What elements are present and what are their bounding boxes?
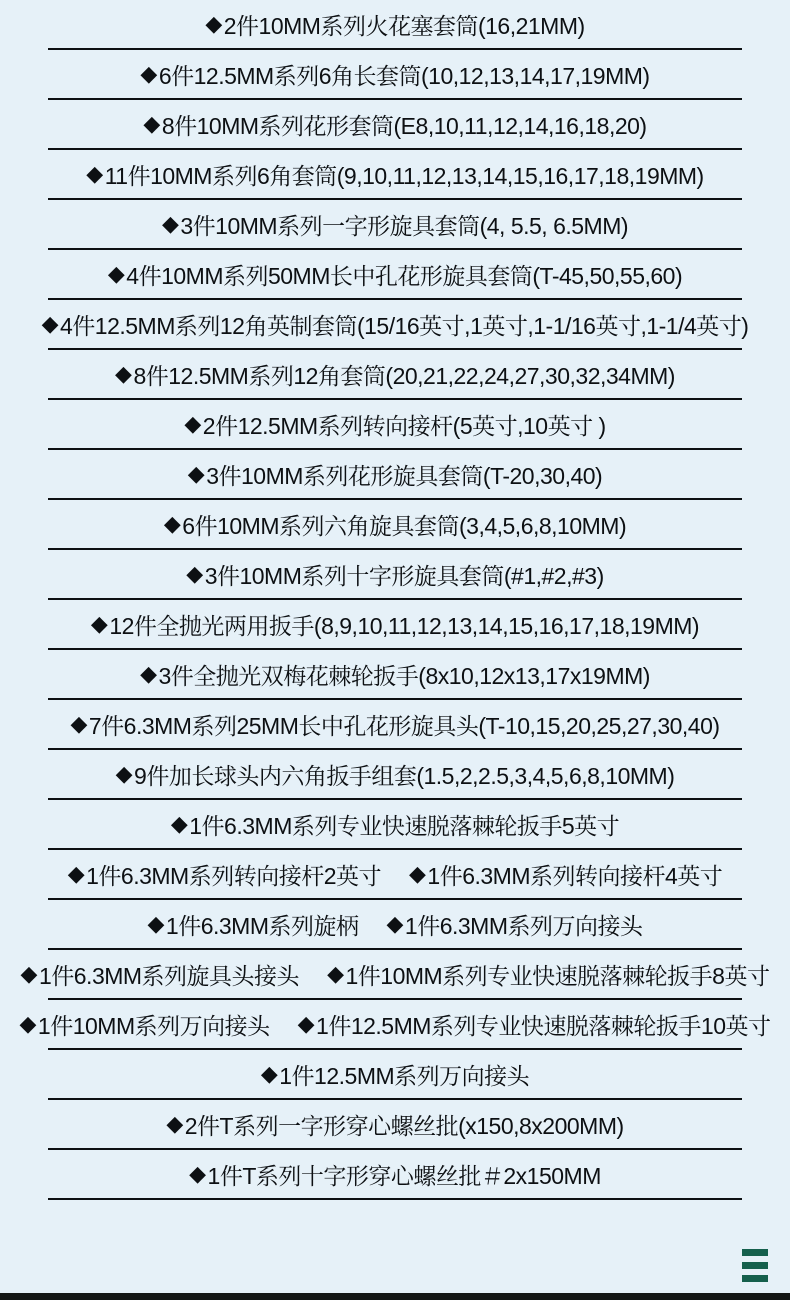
list-row: ◆3件10MM系列十字形旋具套筒(#1,#2,#3) — [48, 550, 742, 600]
list-row: ◆1件6.3MM系列旋具头接头◆1件10MM系列专业快速脱落棘轮扳手8英寸 — [48, 950, 742, 1000]
list-item-text: 3件10MM系列十字形旋具套筒(#1,#2,#3) — [205, 558, 604, 591]
list-row: ◆2件T系列一字形穿心螺丝批(x150,8x200MM) — [48, 1100, 742, 1150]
list-row: ◆2件10MM系列火花塞套筒(16,21MM) — [48, 0, 742, 50]
list-row: ◆1件T系列十字形穿心螺丝批＃2x150MM — [48, 1150, 742, 1200]
diamond-bullet-icon: ◆ — [140, 663, 156, 685]
list-item: ◆12件全抛光两用扳手(8,9,10,11,12,13,14,15,16,17,… — [91, 608, 699, 641]
diamond-bullet-icon: ◆ — [186, 563, 202, 585]
diamond-bullet-icon: ◆ — [189, 1163, 205, 1185]
list-item-text: 1件6.3MM系列旋柄 — [166, 908, 359, 941]
list-item: ◆1件6.3MM系列旋柄 — [147, 908, 358, 941]
product-detail-page: { "page": { "background_color": "#e6f1f8… — [0, 0, 790, 1300]
list-row: ◆2件12.5MM系列转向接杆(5英寸,10英寸 ) — [48, 400, 742, 450]
list-item-text: 1件6.3MM系列转向接杆2英寸 — [86, 858, 381, 891]
list-row: ◆3件10MM系列花形旋具套筒(T-20,30,40) — [48, 450, 742, 500]
diamond-bullet-icon: ◆ — [21, 963, 37, 985]
list-row: ◆1件10MM系列万向接头◆1件12.5MM系列专业快速脱落棘轮扳手10英寸 — [48, 1000, 742, 1050]
list-item-text: 1件6.3MM系列专业快速脱落棘轮扳手5英寸 — [189, 808, 619, 841]
diamond-bullet-icon: ◆ — [298, 1013, 314, 1035]
list-item-text: 6件10MM系列六角旋具套筒(3,4,5,6,8,10MM) — [182, 508, 626, 541]
menu-bar-bottom — [742, 1275, 768, 1282]
diamond-bullet-icon: ◆ — [171, 813, 187, 835]
diamond-bullet-icon: ◆ — [108, 263, 124, 285]
list-item-text: 7件6.3MM系列25MM长中孔花形旋具头(T-10,15,20,25,27,3… — [89, 708, 720, 741]
list-item-text: 1件6.3MM系列万向接头 — [405, 908, 643, 941]
list-item-text: 1件10MM系列专业快速脱落棘轮扳手8英寸 — [345, 958, 769, 991]
list-item: ◆4件10MM系列50MM长中孔花形旋具套筒(T-45,50,55,60) — [108, 258, 682, 291]
diamond-bullet-icon: ◆ — [147, 913, 163, 935]
list-item-text: 1件T系列十字形穿心螺丝批＃2x150MM — [208, 1158, 601, 1191]
list-item: ◆2件T系列一字形穿心螺丝批(x150,8x200MM) — [166, 1108, 623, 1141]
list-item-text: 8件12.5MM系列12角套筒(20,21,22,24,27,30,32,34M… — [133, 358, 675, 391]
list-row: ◆6件12.5MM系列6角长套筒(10,12,13,14,17,19MM) — [48, 50, 742, 100]
list-item-text: 2件12.5MM系列转向接杆(5英寸,10英寸 ) — [203, 408, 606, 441]
list-item-text: 2件T系列一字形穿心螺丝批(x150,8x200MM) — [185, 1108, 624, 1141]
list-item-text: 1件10MM系列万向接头 — [38, 1008, 270, 1041]
diamond-bullet-icon: ◆ — [42, 313, 58, 335]
list-item: ◆6件12.5MM系列6角长套筒(10,12,13,14,17,19MM) — [140, 58, 649, 91]
diamond-bullet-icon: ◆ — [70, 713, 86, 735]
list-item-text: 12件全抛光两用扳手(8,9,10,11,12,13,14,15,16,17,1… — [109, 608, 699, 641]
menu-bar-middle — [742, 1262, 768, 1269]
list-item: ◆2件12.5MM系列转向接杆(5英寸,10英寸 ) — [184, 408, 605, 441]
list-item-text: 1件12.5MM系列万向接头 — [279, 1058, 529, 1091]
list-item: ◆8件10MM系列花形套筒(E8,10,11,12,14,16,18,20) — [143, 108, 646, 141]
diamond-bullet-icon: ◆ — [91, 613, 107, 635]
diamond-bullet-icon: ◆ — [327, 963, 343, 985]
diamond-bullet-icon: ◆ — [162, 213, 178, 235]
diamond-bullet-icon: ◆ — [140, 63, 156, 85]
diamond-bullet-icon: ◆ — [184, 413, 200, 435]
list-item: ◆1件6.3MM系列转向接杆4英寸 — [409, 858, 722, 891]
list-item: ◆1件10MM系列万向接头 — [20, 1008, 270, 1041]
list-item: ◆1件6.3MM系列万向接头 — [387, 908, 643, 941]
diamond-bullet-icon: ◆ — [86, 163, 102, 185]
list-row: ◆4件10MM系列50MM长中孔花形旋具套筒(T-45,50,55,60) — [48, 250, 742, 300]
list-row: ◆1件6.3MM系列旋柄◆1件6.3MM系列万向接头 — [48, 900, 742, 950]
list-item-text: 3件10MM系列一字形旋具套筒(4, 5.5, 6.5MM) — [180, 208, 628, 241]
diamond-bullet-icon: ◆ — [188, 463, 204, 485]
list-item: ◆3件全抛光双梅花棘轮扳手(8x10,12x13,17x19MM) — [140, 658, 650, 691]
list-row: ◆3件全抛光双梅花棘轮扳手(8x10,12x13,17x19MM) — [48, 650, 742, 700]
list-row: ◆1件6.3MM系列转向接杆2英寸◆1件6.3MM系列转向接杆4英寸 — [48, 850, 742, 900]
list-row: ◆6件10MM系列六角旋具套筒(3,4,5,6,8,10MM) — [48, 500, 742, 550]
list-row: ◆7件6.3MM系列25MM长中孔花形旋具头(T-10,15,20,25,27,… — [48, 700, 742, 750]
list-item-text: 1件6.3MM系列转向接杆4英寸 — [427, 858, 722, 891]
list-item-text: 9件加长球头内六角扳手组套(1.5,2,2.5,3,4,5,6,8,10MM) — [134, 758, 674, 791]
list-row: ◆8件12.5MM系列12角套筒(20,21,22,24,27,30,32,34… — [48, 350, 742, 400]
diamond-bullet-icon: ◆ — [387, 913, 403, 935]
list-item: ◆1件12.5MM系列专业快速脱落棘轮扳手10英寸 — [298, 1008, 771, 1041]
list-item: ◆2件10MM系列火花塞套筒(16,21MM) — [205, 8, 584, 41]
hamburger-menu-icon[interactable] — [742, 1249, 768, 1282]
list-row: ◆3件10MM系列一字形旋具套筒(4, 5.5, 6.5MM) — [48, 200, 742, 250]
list-item: ◆3件10MM系列十字形旋具套筒(#1,#2,#3) — [186, 558, 603, 591]
list-item-text: 11件10MM系列6角套筒(9,10,11,12,13,14,15,16,17,… — [105, 158, 704, 191]
list-item: ◆1件12.5MM系列万向接头 — [261, 1058, 529, 1091]
spec-list: ◆2件10MM系列火花塞套筒(16,21MM)◆6件12.5MM系列6角长套筒(… — [48, 0, 742, 1200]
list-item-text: 3件全抛光双梅花棘轮扳手(8x10,12x13,17x19MM) — [159, 658, 650, 691]
diamond-bullet-icon: ◆ — [166, 1113, 182, 1135]
list-item-text: 6件12.5MM系列6角长套筒(10,12,13,14,17,19MM) — [159, 58, 650, 91]
list-item-text: 8件10MM系列花形套筒(E8,10,11,12,14,16,18,20) — [162, 108, 647, 141]
list-item: ◆1件10MM系列专业快速脱落棘轮扳手8英寸 — [327, 958, 769, 991]
list-item: ◆1件6.3MM系列旋具头接头 — [21, 958, 300, 991]
list-item: ◆4件12.5MM系列12角英制套筒(15/16英寸,1英寸,1-1/16英寸,… — [42, 308, 749, 341]
menu-bar-top — [742, 1249, 768, 1256]
diamond-bullet-icon: ◆ — [20, 1013, 36, 1035]
diamond-bullet-icon: ◆ — [409, 863, 425, 885]
diamond-bullet-icon: ◆ — [115, 363, 131, 385]
list-item: ◆6件10MM系列六角旋具套筒(3,4,5,6,8,10MM) — [164, 508, 626, 541]
list-item: ◆8件12.5MM系列12角套筒(20,21,22,24,27,30,32,34… — [115, 358, 675, 391]
list-item-text: 1件12.5MM系列专业快速脱落棘轮扳手10英寸 — [316, 1008, 770, 1041]
list-row: ◆11件10MM系列6角套筒(9,10,11,12,13,14,15,16,17… — [48, 150, 742, 200]
list-item: ◆7件6.3MM系列25MM长中孔花形旋具头(T-10,15,20,25,27,… — [70, 708, 719, 741]
list-item: ◆1件6.3MM系列专业快速脱落棘轮扳手5英寸 — [171, 808, 619, 841]
list-item: ◆1件T系列十字形穿心螺丝批＃2x150MM — [189, 1158, 601, 1191]
list-row: ◆8件10MM系列花形套筒(E8,10,11,12,14,16,18,20) — [48, 100, 742, 150]
diamond-bullet-icon: ◆ — [116, 763, 132, 785]
list-item: ◆3件10MM系列一字形旋具套筒(4, 5.5, 6.5MM) — [162, 208, 628, 241]
diamond-bullet-icon: ◆ — [68, 863, 84, 885]
diamond-bullet-icon: ◆ — [143, 113, 159, 135]
diamond-bullet-icon: ◆ — [261, 1063, 277, 1085]
list-row: ◆1件12.5MM系列万向接头 — [48, 1050, 742, 1100]
list-item: ◆1件6.3MM系列转向接杆2英寸 — [68, 858, 381, 891]
list-row: ◆1件6.3MM系列专业快速脱落棘轮扳手5英寸 — [48, 800, 742, 850]
list-item-text: 1件6.3MM系列旋具头接头 — [39, 958, 299, 991]
list-item-text: 3件10MM系列花形旋具套筒(T-20,30,40) — [206, 458, 602, 491]
list-item: ◆9件加长球头内六角扳手组套(1.5,2,2.5,3,4,5,6,8,10MM) — [116, 758, 675, 791]
list-item-text: 2件10MM系列火花塞套筒(16,21MM) — [224, 8, 585, 41]
list-item: ◆11件10MM系列6角套筒(9,10,11,12,13,14,15,16,17… — [86, 158, 703, 191]
list-row: ◆12件全抛光两用扳手(8,9,10,11,12,13,14,15,16,17,… — [48, 600, 742, 650]
list-item: ◆3件10MM系列花形旋具套筒(T-20,30,40) — [188, 458, 602, 491]
list-item-text: 4件10MM系列50MM长中孔花形旋具套筒(T-45,50,55,60) — [126, 258, 682, 291]
bottom-bar — [0, 1293, 790, 1300]
diamond-bullet-icon: ◆ — [205, 13, 221, 35]
list-row: ◆4件12.5MM系列12角英制套筒(15/16英寸,1英寸,1-1/16英寸,… — [48, 300, 742, 350]
list-item-text: 4件12.5MM系列12角英制套筒(15/16英寸,1英寸,1-1/16英寸,1… — [60, 308, 748, 341]
diamond-bullet-icon: ◆ — [164, 513, 180, 535]
list-row: ◆9件加长球头内六角扳手组套(1.5,2,2.5,3,4,5,6,8,10MM) — [48, 750, 742, 800]
